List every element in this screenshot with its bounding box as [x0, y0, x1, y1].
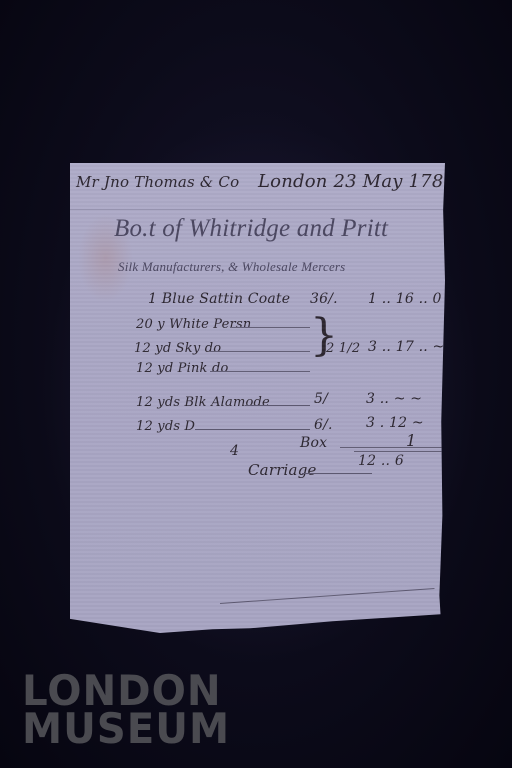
item-desc-6: 12 yds D: [136, 419, 195, 434]
item-rule-8: [302, 473, 372, 474]
item-rate-1: 36/.: [310, 291, 338, 307]
item-rule-4: [210, 371, 310, 372]
item-desc-3: 12 yd Sky do: [134, 341, 221, 356]
item-amount-7: 1: [406, 431, 416, 450]
merchant-heading: Bo.t of Whitridge and Pritt: [114, 215, 388, 243]
item-amount-6: 3 . 12 ~: [366, 415, 424, 431]
total-rule: [354, 451, 444, 452]
item-rate-6: 6/.: [314, 417, 333, 433]
item-rate-5: 5/: [314, 391, 328, 407]
item-desc-4: 12 yd Pink do: [136, 361, 229, 376]
bottom-pencil-line: [220, 588, 435, 604]
item-rule-3: [210, 351, 310, 352]
item-desc-1: 1 Blue Sattin Coate: [148, 291, 290, 307]
logo-line-2: MUSEUM: [22, 710, 230, 748]
receipt-document: Mr Jno Thomas & Co London 23 May 1786 Bo…: [70, 163, 445, 633]
item-desc-5: 12 yds Blk Alamode: [136, 395, 270, 410]
item-desc-2: 20 y White Persn: [136, 317, 251, 332]
header-rule: [70, 209, 445, 210]
item-rule-2: [230, 327, 310, 328]
place-date: London 23 May 1786: [258, 171, 455, 192]
item-rate-3: 2 1/2: [326, 341, 360, 356]
item-rule-6: [195, 429, 310, 430]
item-desc-8: Carriage: [248, 461, 317, 479]
total-amount: 12 .. 6: [358, 453, 404, 469]
item-rule-5: [245, 405, 310, 406]
item-amount-1: 1 .. 16 .. 0: [368, 291, 442, 307]
item-amount-3: 3 .. 17 .. ~: [368, 339, 444, 355]
merchant-subheading: Silk Manufacturers, & Wholesale Mercers: [118, 259, 345, 275]
item-desc-7: 4: [230, 443, 239, 459]
item-rate-7: Box: [300, 435, 327, 451]
addressee: Mr Jno Thomas & Co: [76, 173, 239, 191]
item-rule-7: [340, 447, 445, 448]
london-museum-logo: LONDON MUSEUM: [22, 672, 239, 748]
item-amount-5: 3 .. ~ ~: [366, 391, 422, 407]
